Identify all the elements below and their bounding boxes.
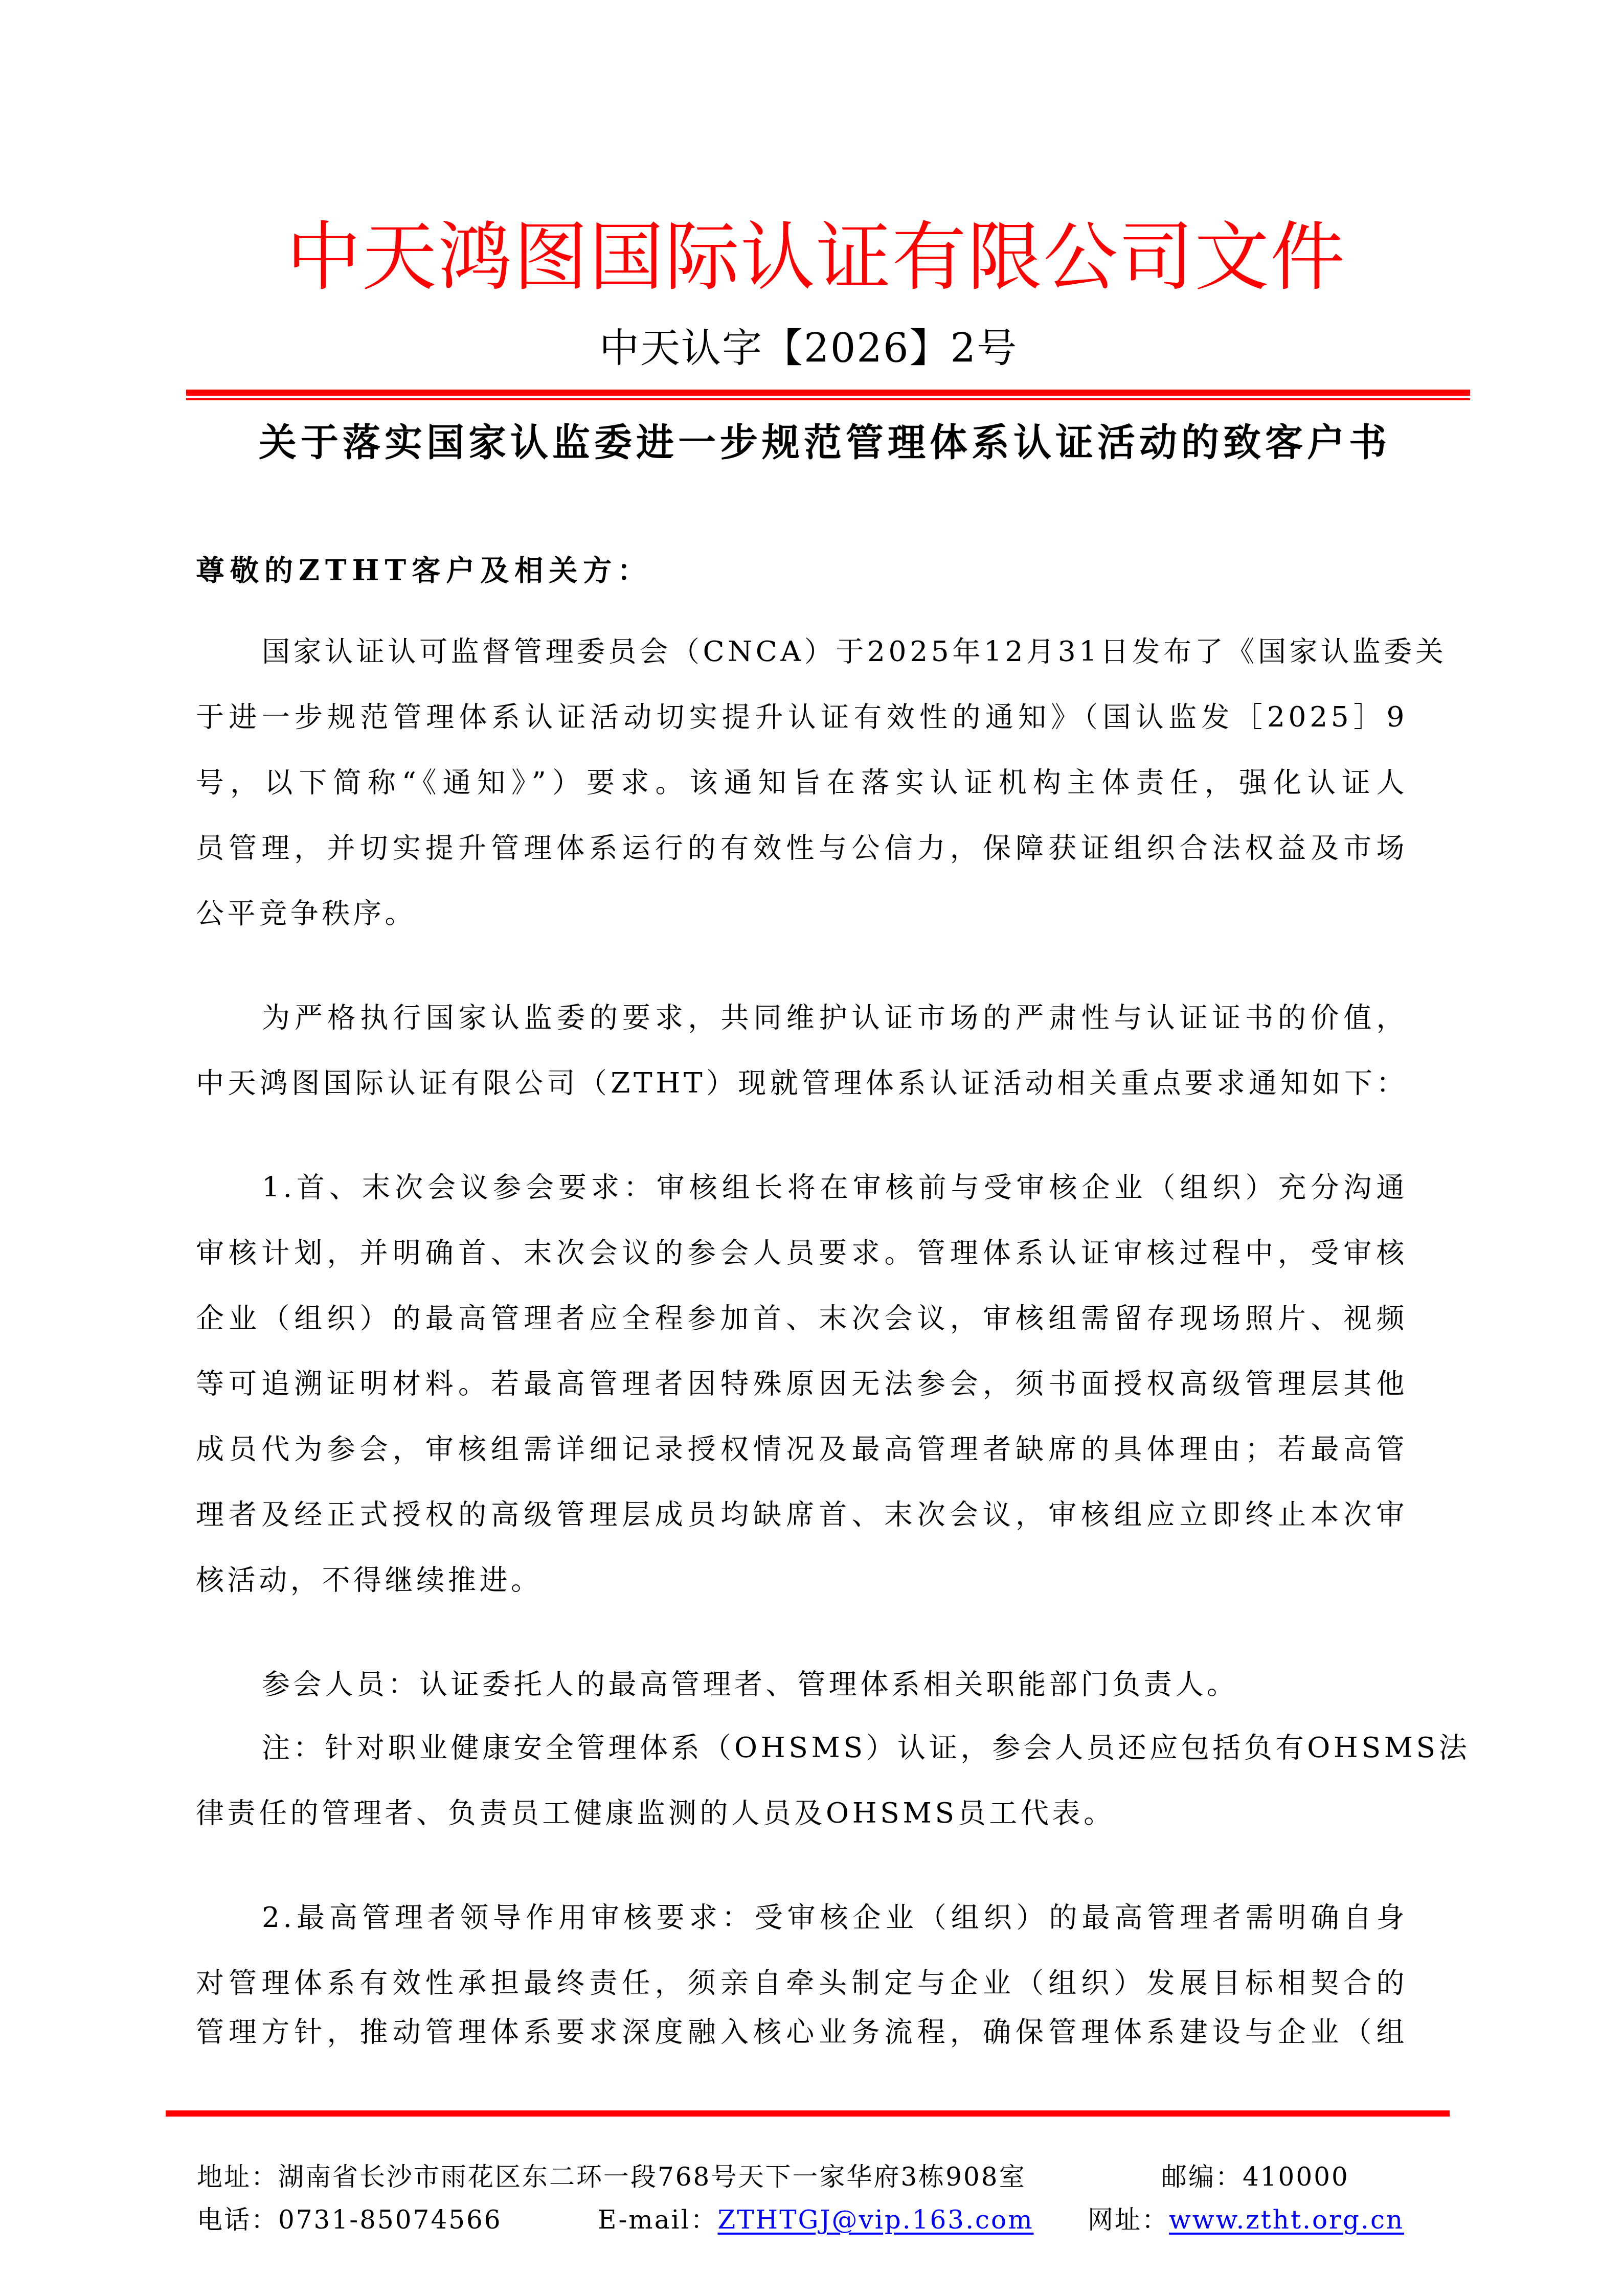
document-number: 中天认字【2026】2号	[599, 323, 1018, 374]
address-value: 湖南省长沙市雨花区东二环一段768号天下一家华府3栋908室	[278, 2162, 1026, 2192]
address-label: 地址：	[197, 2162, 278, 2192]
body-line: 员管理，并切实提升管理体系运行的有效性与公信力，保障获证组织合法权益及市场	[196, 827, 1408, 868]
body-line: 成员代为参会，审核组需详细记录授权情况及最高管理者缺席的具体理由；若最高管	[196, 1428, 1408, 1469]
body-line: 中天鸿图国际认证有限公司（ZTHT）现就管理体系认证活动相关重点要求通知如下：	[196, 1062, 1408, 1103]
body-line: 等可追溯证明材料。若最高管理者因特殊原因无法参会，须书面授权高级管理层其他	[196, 1363, 1408, 1404]
footer-address: 地址：湖南省长沙市雨花区东二环一段768号天下一家华府3栋908室	[197, 2161, 1026, 2193]
body-line: 理者及经正式授权的高级管理层成员均缺席首、末次会议，审核组应立即终止本次审	[196, 1494, 1408, 1535]
body-line: 公平竞争秩序。	[196, 893, 1408, 934]
salutation: 尊敬的ZTHT客户及相关方：	[196, 550, 651, 591]
footer-postal: 邮编：410000	[1161, 2161, 1349, 2193]
body-line: 2.最高管理者领导作用审核要求：受审核企业（组织）的最高管理者需明确自身	[262, 1897, 1408, 1938]
document-letterhead-title: 中天鸿图国际认证有限公司文件	[286, 209, 1346, 306]
email-label: E-mail：	[598, 2205, 718, 2235]
phone-label: 电话：	[197, 2205, 278, 2235]
body-line: 审核计划，并明确首、末次会议的参会人员要求。管理体系认证审核过程中，受审核	[196, 1232, 1408, 1273]
body-line: 国家认证认可监督管理委员会（CNCA）于2025年12月31日发布了《国家认监委…	[262, 631, 1408, 672]
body-line: 对管理体系有效性承担最终责任，须亲自牵头制定与企业（组织）发展目标相契合的	[196, 1962, 1408, 2003]
body-line: 核活动，不得继续推进。	[196, 1559, 1408, 1600]
header-rule-thick	[186, 390, 1470, 396]
header-rule-thin	[186, 398, 1470, 400]
email-link[interactable]: ZTHTGJ@vip.163.com	[718, 2205, 1034, 2235]
body-line: 注：针对职业健康安全管理体系（OHSMS）认证，参会人员还应包括负有OHSMS法	[262, 1727, 1408, 1768]
body-line: 于进一步规范管理体系认证活动切实提升认证有效性的通知》（国认监发［2025］9	[196, 696, 1408, 737]
body-line: 律责任的管理者、负责员工健康监测的人员及OHSMS员工代表。	[196, 1792, 1408, 1833]
body-line: 管理方针，推动管理体系要求深度融入核心业务流程，确保管理体系建设与企业（组	[196, 2011, 1408, 2052]
website-link[interactable]: www.ztht.org.cn	[1169, 2205, 1404, 2235]
footer-phone: 电话：0731-85074566	[197, 2203, 502, 2236]
document-subject: 关于落实国家认监委进一步规范管理体系认证活动的致客户书	[259, 417, 1391, 468]
body-line: 企业（组织）的最高管理者应全程参加首、末次会议，审核组需留存现场照片、视频	[196, 1298, 1408, 1338]
website-label: 网址：	[1088, 2205, 1169, 2235]
body-line: 号，以下简称“《通知》”）要求。该通知旨在落实认证机构主体责任，强化认证人	[196, 762, 1408, 803]
body-line: 为严格执行国家认监委的要求，共同维护认证市场的严肃性与认证证书的价值，	[262, 997, 1408, 1038]
postal-code: 410000	[1243, 2162, 1349, 2192]
footer-rule	[166, 2110, 1450, 2117]
footer-website: 网址：www.ztht.org.cn	[1088, 2203, 1404, 2236]
footer-email: E-mail：ZTHTGJ@vip.163.com	[598, 2203, 1034, 2236]
body-line: 1.首、末次会议参会要求：审核组长将在审核前与受审核企业（组织）充分沟通	[262, 1167, 1408, 1208]
postal-label: 邮编：	[1161, 2162, 1243, 2192]
body-line: 参会人员：认证委托人的最高管理者、管理体系相关职能部门负责人。	[262, 1664, 1408, 1704]
phone-value: 0731-85074566	[278, 2205, 502, 2235]
